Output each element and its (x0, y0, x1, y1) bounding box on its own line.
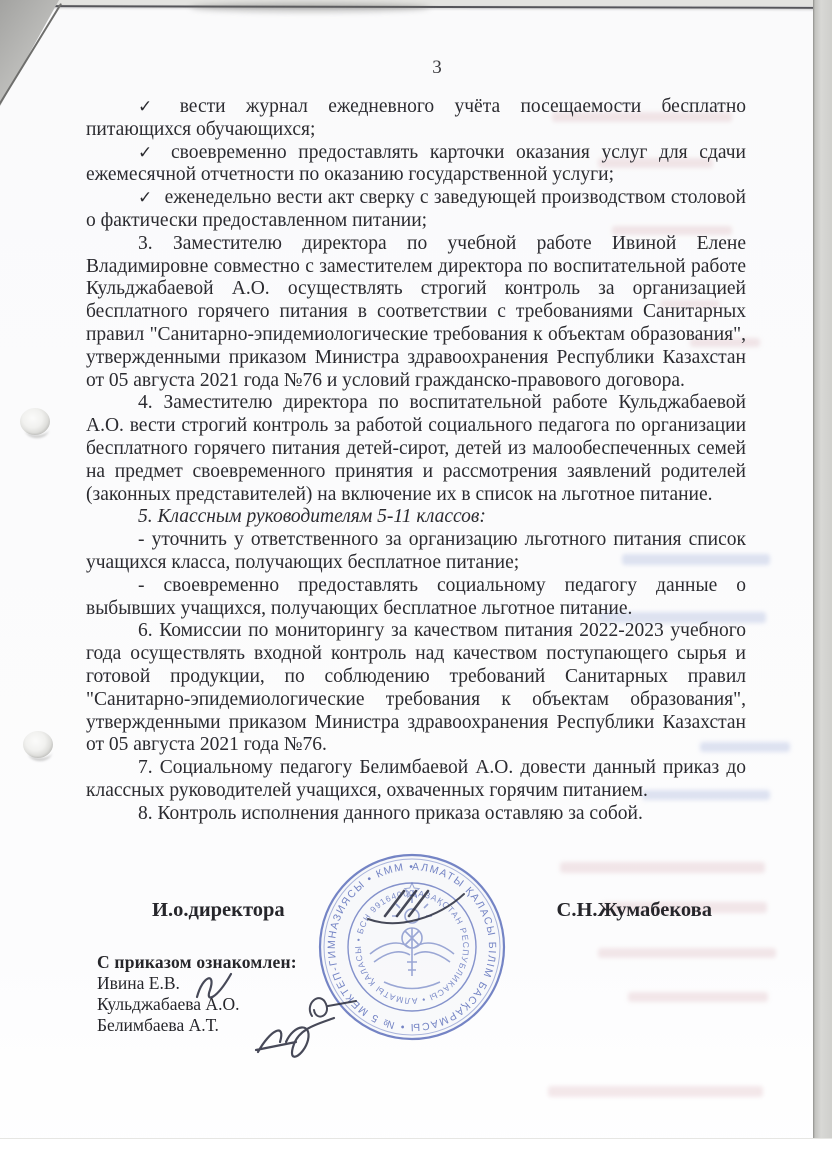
bleed-through-artifact (628, 992, 768, 1002)
bleed-through-artifact (548, 1086, 763, 1097)
bullet-text: еженедельно вести акт сверку с заведующе… (86, 187, 746, 231)
order-item-5-sub-2: - своевременно предоставлять социальному… (86, 575, 746, 621)
page-number: 3 (106, 57, 768, 79)
scan-edge-top-line (50, 5, 832, 9)
acknowledged-person: Ивина Е.В. (97, 973, 297, 994)
order-item-5: 5. Классным руководителям 5-11 классов: (86, 506, 746, 529)
punch-hole (20, 408, 50, 435)
checkmark-icon: ✓ (138, 97, 168, 117)
order-item-7: 7. Социальному педагогу Белимбаевой А.О.… (86, 757, 746, 803)
acknowledgment-block: С приказом ознакомлен: Ивина Е.В. Кульдж… (97, 952, 297, 1036)
punch-hole (23, 731, 53, 758)
bullet-item-3: ✓еженедельно вести акт сверку с заведующ… (86, 187, 746, 233)
acknowledged-person: Кульджабаева А.О. (97, 994, 297, 1015)
scanned-page: 3 ✓вести журнал ежедневного учёта посеща… (0, 0, 832, 1169)
bleed-through-artifact (598, 948, 776, 958)
scan-corner-fold (0, 0, 72, 118)
bullet-text: своевременно предоставлять карточки оказ… (86, 142, 746, 186)
bleed-through-artifact (560, 862, 765, 873)
order-item-6: 6. Комиссии по мониторингу за качеством … (86, 620, 746, 757)
signer-position: И.о.директора (152, 899, 285, 922)
order-item-3: 3. Заместителю директора по учебной рабо… (86, 233, 746, 393)
signer-name: С.Н.Жумабекова (557, 899, 712, 922)
acknowledgment-title: С приказом ознакомлен: (97, 952, 297, 973)
official-seal-stamp: АЛМАТЫ ҚАЛАСЫ БІЛІМ БАСҚАРМАСЫ • № 5 МЕК… (312, 850, 512, 1044)
acknowledged-person: Белимбаева А.Т. (97, 1015, 297, 1036)
order-item-8: 8. Контроль исполнения данного приказа о… (86, 803, 746, 826)
order-body: ✓вести журнал ежедневного учёта посещаем… (86, 96, 746, 826)
order-item-4: 4. Заместителю директора по воспитательн… (86, 392, 746, 506)
checkmark-icon: ✓ (138, 188, 153, 208)
order-item-5-sub-1: - уточнить у ответственного за организац… (86, 529, 746, 575)
checkmark-icon: ✓ (138, 143, 159, 163)
scan-edge-bottom (0, 1138, 832, 1169)
bullet-item-1: ✓вести журнал ежедневного учёта посещаем… (86, 96, 746, 142)
scan-edge-right (813, 0, 832, 1140)
bullet-item-2: ✓своевременно предоставлять карточки ока… (86, 142, 746, 188)
scan-smudge (190, 3, 430, 12)
bullet-text: вести журнал ежедневного учёта посещаемо… (86, 96, 746, 140)
